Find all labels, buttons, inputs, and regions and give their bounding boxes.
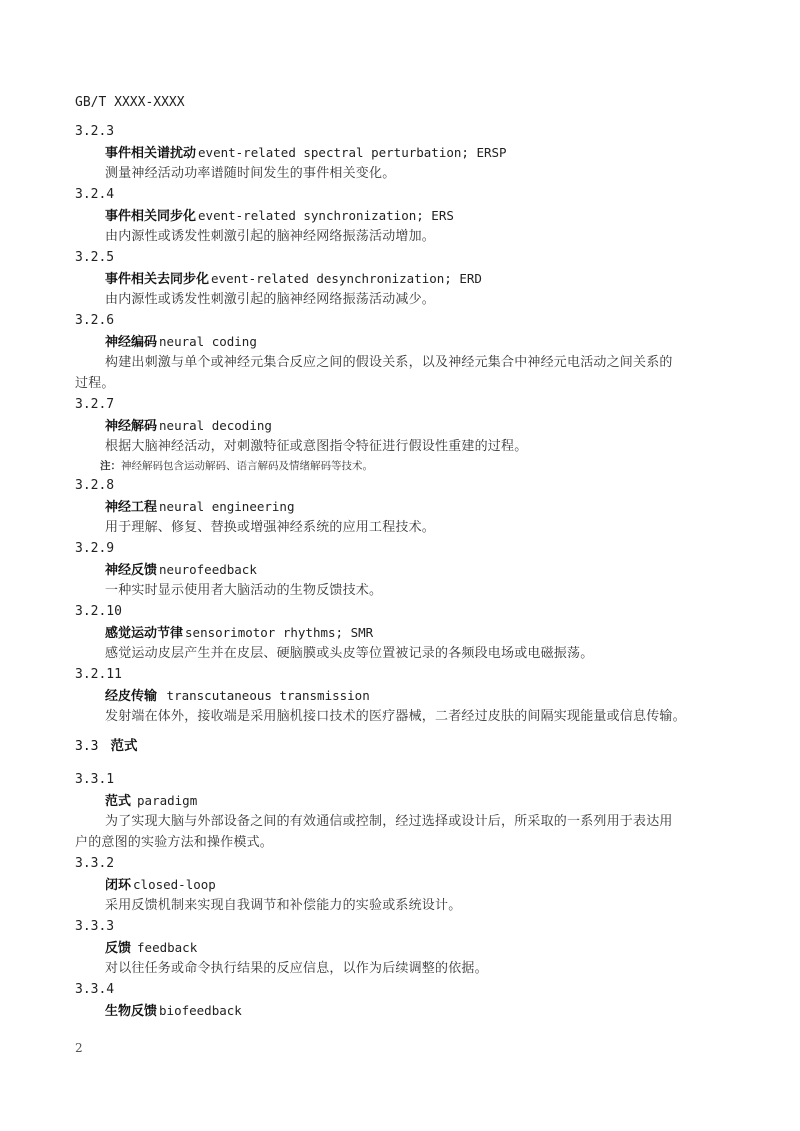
term-line: 神经编码neural coding: [75, 331, 715, 352]
term-chinese: 经皮传输: [105, 689, 157, 704]
term-definition: 根据大脑神经活动，对刺激特征或意图指令特征进行假设性重建的过程。: [75, 436, 715, 457]
term-english: transcutaneous transmission: [159, 688, 370, 703]
term-english: feedback: [137, 940, 197, 955]
term-definition: 发射端在体外，接收端是采用脑机接口技术的医疗器械，二者经过皮肤的间隔实现能量或信…: [75, 706, 715, 727]
term-definition: 为了实现大脑与外部设备之间的有效通信或控制，经过选择或设计后，所采取的一系列用于…: [75, 811, 715, 832]
clause-number: 3.3.1: [75, 769, 715, 790]
clause-number: 3.3.3: [75, 916, 715, 937]
term-english: event-related desynchronization; ERD: [211, 271, 482, 286]
standard-code-header: GB/T XXXX-XXXX: [75, 94, 185, 112]
term-clause: 3.3.1 范式paradigm 为了实现大脑与外部设备之间的有效通信或控制，经…: [75, 769, 715, 853]
term-line: 事件相关去同步化event-related desynchronization;…: [75, 268, 715, 289]
term-definition: 采用反馈机制来实现自我调节和补偿能力的实验或系统设计。: [75, 895, 715, 916]
clause-number: 3.2.9: [75, 538, 715, 559]
clause-number: 3.2.7: [75, 394, 715, 415]
term-definition: 对以往任务或命令执行结果的反应信息，以作为后续调整的依据。: [75, 958, 715, 979]
term-english: sensorimotor rhythms; SMR: [185, 625, 373, 640]
term-clause: 3.2.9 神经反馈neurofeedback 一种实时显示使用者大脑活动的生物…: [75, 538, 715, 601]
term-chinese: 感觉运动节律: [105, 626, 183, 641]
term-line: 感觉运动节律sensorimotor rhythms; SMR: [75, 622, 715, 643]
term-clause: 3.2.10 感觉运动节律sensorimotor rhythms; SMR 感…: [75, 601, 715, 664]
term-line: 闭环closed-loop: [75, 874, 715, 895]
term-definition: 由内源性或诱发性刺激引起的脑神经网络振荡活动减少。: [75, 289, 715, 310]
term-english: event-related synchronization; ERS: [198, 208, 454, 223]
term-english: neural decoding: [159, 418, 272, 433]
term-definition: 感觉运动皮层产生并在皮层、硬脑膜或头皮等位置被记录的各频段电场或电磁振荡。: [75, 643, 715, 664]
term-line: 经皮传输 transcutaneous transmission: [75, 685, 715, 706]
clause-number: 3.3.4: [75, 979, 715, 1000]
clause-number: 3.2.10: [75, 601, 715, 622]
term-clause: 3.3.3 反馈feedback 对以往任务或命令执行结果的反应信息，以作为后续…: [75, 916, 715, 979]
term-line: 神经反馈neurofeedback: [75, 559, 715, 580]
clause-number: 3.3.2: [75, 853, 715, 874]
term-english: paradigm: [137, 793, 197, 808]
term-english: event-related spectral perturbation; ERS…: [198, 145, 507, 160]
term-english: neural coding: [159, 334, 257, 349]
term-clause: 3.2.11 经皮传输 transcutaneous transmission …: [75, 664, 715, 727]
term-line: 生物反馈biofeedback: [75, 1000, 715, 1021]
term-line: 神经解码neural decoding: [75, 415, 715, 436]
term-clause: 3.2.8 神经工程neural engineering 用于理解、修复、替换或…: [75, 475, 715, 538]
term-chinese: 事件相关去同步化: [105, 272, 209, 287]
clause-number: 3.2.6: [75, 310, 715, 331]
term-clause: 3.2.4 事件相关同步化event-related synchronizati…: [75, 184, 715, 247]
clause-number: 3.2.11: [75, 664, 715, 685]
term-chinese: 生物反馈: [105, 1004, 157, 1019]
term-clause: 3.3.4 生物反馈biofeedback: [75, 979, 715, 1021]
term-chinese: 闭环: [105, 878, 131, 893]
term-line: 事件相关同步化event-related synchronization; ER…: [75, 205, 715, 226]
term-definition: 一种实时显示使用者大脑活动的生物反馈技术。: [75, 580, 715, 601]
term-definition: 测量神经活动功率谱随时间发生的事件相关变化。: [75, 163, 715, 184]
term-english: neurofeedback: [159, 562, 257, 577]
term-clause: 3.2.6 神经编码neural coding 构建出刺激与单个或神经元集合反应…: [75, 310, 715, 394]
clause-number: 3.2.5: [75, 247, 715, 268]
term-chinese: 神经工程: [105, 500, 157, 515]
clause-number: 3.2.3: [75, 121, 715, 142]
term-chinese: 神经反馈: [105, 563, 157, 578]
term-chinese: 事件相关同步化: [105, 209, 196, 224]
term-chinese: 神经编码: [105, 335, 157, 350]
term-english: closed-loop: [133, 877, 216, 892]
term-english: neural engineering: [159, 499, 294, 514]
term-line: 事件相关谱扰动event-related spectral perturbati…: [75, 142, 715, 163]
term-clause: 3.2.7 神经解码neural decoding 根据大脑神经活动，对刺激特征…: [75, 394, 715, 475]
term-english: biofeedback: [159, 1003, 242, 1018]
document-page: GB/T XXXX-XXXX 3.2.3 事件相关谱扰动event-relate…: [0, 0, 800, 1131]
term-definition: 构建出刺激与单个或神经元集合反应之间的假设关系，以及神经元集合中神经元电活动之间…: [75, 352, 715, 373]
term-clause: 3.2.5 事件相关去同步化event-related desynchroniz…: [75, 247, 715, 310]
term-chinese: 神经解码: [105, 419, 157, 434]
term-chinese: 事件相关谱扰动: [105, 146, 196, 161]
term-clause: 3.3.2 闭环closed-loop 采用反馈机制来实现自我调节和补偿能力的实…: [75, 853, 715, 916]
clause-number: 3.2.4: [75, 184, 715, 205]
term-definition: 由内源性或诱发性刺激引起的脑神经网络振荡活动增加。: [75, 226, 715, 247]
term-note: 注：神经解码包含运动解码、语言解码及情绪解码等技术。: [75, 457, 715, 475]
term-definition-continued: 户的意图的实验方法和操作模式。: [75, 832, 715, 853]
page-number: 2: [75, 1041, 83, 1055]
section-heading: 3.3范式: [75, 727, 715, 765]
term-definition: 用于理解、修复、替换或增强神经系统的应用工程技术。: [75, 517, 715, 538]
term-line: 范式paradigm: [75, 790, 715, 811]
term-chinese: 反馈: [105, 941, 131, 956]
section-number: 3.3: [75, 739, 98, 754]
clause-number: 3.2.8: [75, 475, 715, 496]
term-clause: 3.2.3 事件相关谱扰动event-related spectral pert…: [75, 121, 715, 184]
term-line: 反馈feedback: [75, 937, 715, 958]
section-title: 范式: [110, 738, 137, 754]
note-text: 神经解码包含运动解码、语言解码及情绪解码等技术。: [121, 460, 373, 472]
term-line: 神经工程neural engineering: [75, 496, 715, 517]
note-label: 注：: [100, 460, 121, 472]
document-body: 3.2.3 事件相关谱扰动event-related spectral pert…: [75, 121, 715, 1021]
term-definition-continued: 过程。: [75, 373, 715, 394]
term-chinese: 范式: [105, 794, 131, 809]
